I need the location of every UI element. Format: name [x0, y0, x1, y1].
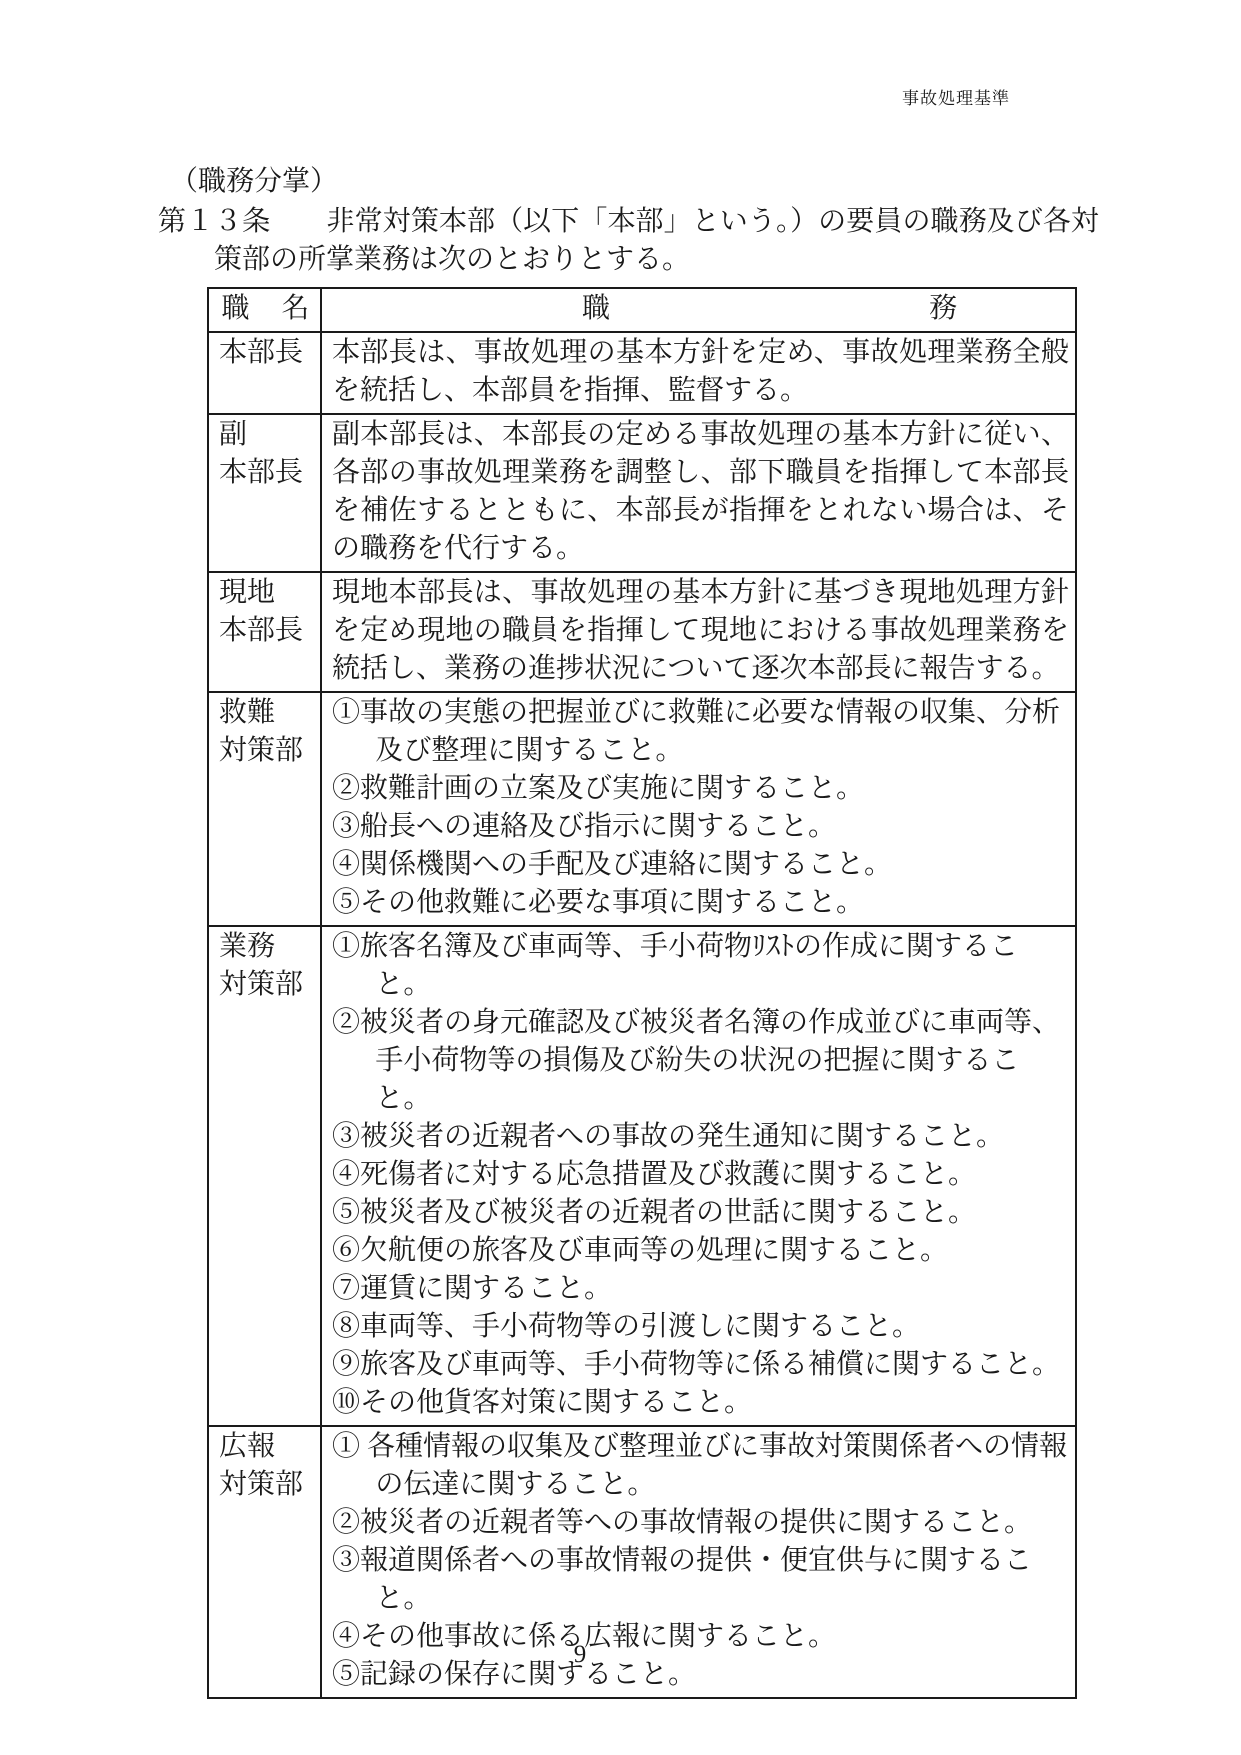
duty-text: 現地本部長は、事故処理の基本方針に基づき現地処理方針を定め現地の職員を指揮して現…	[332, 574, 1069, 688]
duties-cell: 本部長は、事故処理の基本方針を定め、事故処理業務全般を統括し、本部員を指揮、監督…	[321, 332, 1076, 414]
role-name: 救難	[219, 694, 314, 732]
duty-item: ⑩その他貨客対策に関すること。	[332, 1384, 1069, 1422]
duties-cell: 副本部長は、本部長の定める事故処理の基本方針に従い、各部の事故処理業務を調整し、…	[321, 414, 1076, 572]
duty-item: ③報道関係者への事故情報の提供・便宜供与に関すること。	[332, 1542, 1069, 1618]
role-name: 本部長	[219, 454, 314, 492]
duties-table: 職 名 職 務 本部長本部長は、事故処理の基本方針を定め、事故処理業務全般を統括…	[207, 287, 1077, 1699]
column-header-duties: 職 務	[321, 288, 1076, 332]
role-name-cell: 救難対策部	[208, 692, 321, 926]
table-row: 業務対策部①旅客名簿及び車両等、手小荷物ﾘｽﾄの作成に関すること。②被災者の身元…	[208, 926, 1076, 1426]
table-row: 副本部長副本部長は、本部長の定める事故処理の基本方針に従い、各部の事故処理業務を…	[208, 414, 1076, 572]
duty-item: ①旅客名簿及び車両等、手小荷物ﾘｽﾄの作成に関すること。	[332, 928, 1069, 1004]
role-name-cell: 副本部長	[208, 414, 321, 572]
duty-text: 副本部長は、本部長の定める事故処理の基本方針に従い、各部の事故処理業務を調整し、…	[332, 416, 1069, 568]
article-body: （職務分掌） 第１３条 非常対策本部（以下「本部」という。）の要員の職務及び各対…	[158, 163, 1078, 1699]
role-name: 現地	[219, 574, 314, 612]
duties-cell: ①旅客名簿及び車両等、手小荷物ﾘｽﾄの作成に関すること。②被災者の身元確認及び被…	[321, 926, 1076, 1426]
duty-item: ④関係機関への手配及び連絡に関すること。	[332, 846, 1069, 884]
role-name: 業務	[219, 928, 314, 966]
duty-item: ⑤その他救難に必要な事項に関すること。	[332, 884, 1069, 922]
role-name: 対策部	[219, 732, 314, 770]
role-name-cell: 業務対策部	[208, 926, 321, 1426]
column-header-duties-right: 務	[929, 290, 957, 328]
duty-text: 本部長は、事故処理の基本方針を定め、事故処理業務全般を統括し、本部員を指揮、監督…	[332, 334, 1069, 410]
document-page: 事故処理基準 （職務分掌） 第１３条 非常対策本部（以下「本部」という。）の要員…	[0, 0, 1241, 1755]
page-number: 9	[0, 1641, 1160, 1669]
role-name: 対策部	[219, 1466, 314, 1504]
role-name-cell: 現地本部長	[208, 572, 321, 692]
clause-text: 第１３条 非常対策本部（以下「本部」という。）の要員の職務及び各対策部の所掌業務…	[158, 203, 1099, 279]
duty-item: ⑥欠航便の旅客及び車両等の処理に関すること。	[332, 1232, 1069, 1270]
role-name: 本部長	[219, 334, 314, 372]
running-header: 事故処理基準	[902, 84, 1010, 109]
role-name: 広報	[219, 1428, 314, 1466]
duty-item: ⑨旅客及び車両等、手小荷物等に係る補償に関すること。	[332, 1346, 1069, 1384]
role-name: 対策部	[219, 966, 314, 1004]
duty-item: ⑤被災者及び被災者の近親者の世話に関すること。	[332, 1194, 1069, 1232]
duties-table-header: 職 名 職 務	[208, 288, 1076, 332]
role-name: 副	[219, 416, 314, 454]
duties-cell: 現地本部長は、事故処理の基本方針に基づき現地処理方針を定め現地の職員を指揮して現…	[321, 572, 1076, 692]
duty-item: ②救難計画の立案及び実施に関すること。	[332, 770, 1069, 808]
duties-cell: ①事故の実態の把握並びに救難に必要な情報の収集、分析及び整理に関すること。②救難…	[321, 692, 1076, 926]
header-row: 職 名 職 務	[208, 288, 1076, 332]
duty-item: ①事故の実態の把握並びに救難に必要な情報の収集、分析及び整理に関すること。	[332, 694, 1069, 770]
table-row: 現地本部長現地本部長は、事故処理の基本方針に基づき現地処理方針を定め現地の職員を…	[208, 572, 1076, 692]
duty-item: ②被災者の近親者等への事故情報の提供に関すること。	[332, 1504, 1069, 1542]
section-label: （職務分掌）	[158, 163, 1078, 201]
table-row: 本部長本部長は、事故処理の基本方針を定め、事故処理業務全般を統括し、本部員を指揮…	[208, 332, 1076, 414]
duty-item: ① 各種情報の収集及び整理並びに事故対策関係者への情報の伝達に関すること。	[332, 1428, 1069, 1504]
role-name-cell: 本部長	[208, 332, 321, 414]
role-name: 本部長	[219, 612, 314, 650]
duty-item: ⑧車両等、手小荷物等の引渡しに関すること。	[332, 1308, 1069, 1346]
duty-item: ③被災者の近親者への事故の発生通知に関すること。	[332, 1118, 1069, 1156]
duties-table-body: 本部長本部長は、事故処理の基本方針を定め、事故処理業務全般を統括し、本部員を指揮…	[208, 332, 1076, 1698]
column-header-duties-left: 職	[582, 290, 610, 328]
duty-item: ⑦運賃に関すること。	[332, 1270, 1069, 1308]
duty-item: ②被災者の身元確認及び被災者名簿の作成並びに車両等、手小荷物等の損傷及び紛失の状…	[332, 1004, 1069, 1118]
column-header-role: 職 名	[208, 288, 321, 332]
duty-item: ③船長への連絡及び指示に関すること。	[332, 808, 1069, 846]
table-row: 救難対策部①事故の実態の把握並びに救難に必要な情報の収集、分析及び整理に関するこ…	[208, 692, 1076, 926]
duty-item: ④死傷者に対する応急措置及び救護に関すること。	[332, 1156, 1069, 1194]
